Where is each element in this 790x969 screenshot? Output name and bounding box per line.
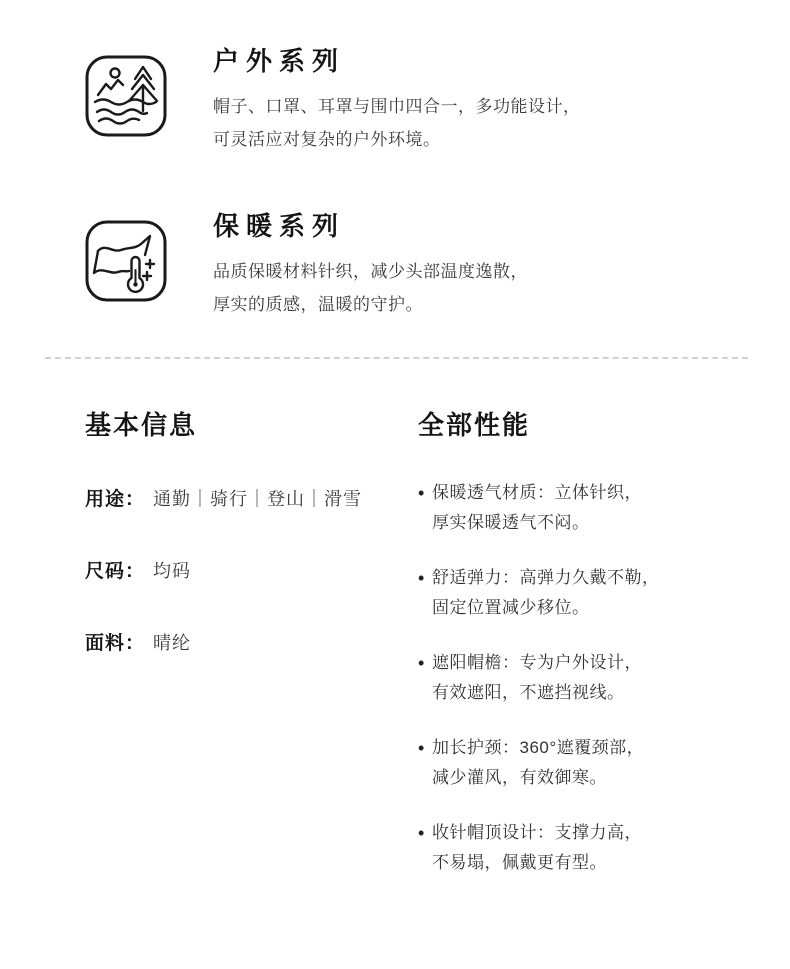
feature-desc-line2: 可灵活应对复杂的户外环境。: [213, 130, 441, 149]
item-line2: 厚实保暖透气不闷。: [432, 513, 590, 532]
info-row-fabric: 面料： 晴纶: [85, 628, 405, 655]
feature-title-outdoor: 户外系列: [213, 46, 581, 76]
item-line2: 有效遮阳，不遮挡视线。: [432, 683, 625, 702]
info-row-size: 尺码： 均码: [85, 556, 405, 583]
performance-item: • 遮阳帽檐：专为户外设计，有效遮阳，不遮挡视线。: [418, 648, 748, 708]
info-label: 尺码：: [85, 556, 145, 583]
item-line1: 舒适弹力：高弹力久戴不勒，: [432, 568, 660, 587]
item-line1: 遮阳帽檐：专为户外设计，: [432, 653, 642, 672]
feature-block-outdoor: 户外系列 帽子、口罩、耳罩与围巾四合一，多功能设计，可灵活应对复杂的户外环境。: [85, 46, 581, 156]
bullet-dot: •: [418, 648, 432, 678]
item-line2: 减少灌风，有效御寒。: [432, 768, 607, 787]
basic-info-title: 基本信息: [85, 410, 405, 440]
feature-title-warmth: 保暖系列: [213, 211, 528, 241]
performance-item-text: 加长护颈：360°遮覆颈部，减少灌风，有效御寒。: [432, 733, 644, 793]
performance-item: • 收针帽顶设计：支撑力高，不易塌，佩戴更有型。: [418, 818, 748, 878]
performance-item: • 舒适弹力：高弹力久戴不勒，固定位置减少移位。: [418, 563, 748, 623]
bullet-dot: •: [418, 818, 432, 848]
info-value: 通勤｜骑行｜登山｜滑雪: [153, 485, 362, 511]
feature-desc-line1: 品质保暖材料针织，减少头部温度逸散，: [213, 262, 528, 281]
info-row-usage: 用途： 通勤｜骑行｜登山｜滑雪: [85, 484, 405, 511]
performance-item: • 加长护颈：360°遮覆颈部，减少灌风，有效御寒。: [418, 733, 748, 793]
warmth-flag-thermometer-icon: [85, 220, 167, 302]
info-label: 用途：: [85, 484, 145, 511]
feature-text-outdoor: 户外系列 帽子、口罩、耳罩与围巾四合一，多功能设计，可灵活应对复杂的户外环境。: [213, 46, 581, 156]
info-value: 晴纶: [153, 629, 191, 655]
performance-item-text: 舒适弹力：高弹力久戴不勒，固定位置减少移位。: [432, 563, 660, 623]
info-label: 面料：: [85, 628, 145, 655]
item-line2: 固定位置减少移位。: [432, 598, 590, 617]
bullet-dot: •: [418, 733, 432, 763]
item-line2: 不易塌，佩戴更有型。: [432, 853, 607, 872]
basic-info-section: 基本信息 用途： 通勤｜骑行｜登山｜滑雪 尺码： 均码 面料： 晴纶: [85, 410, 405, 655]
performance-item: • 保暖透气材质：立体针织，厚实保暖透气不闷。: [418, 478, 748, 538]
feature-text-warmth: 保暖系列 品质保暖材料针织，减少头部温度逸散，厚实的质感，温暖的守护。: [213, 211, 528, 321]
feature-desc-line1: 帽子、口罩、耳罩与围巾四合一，多功能设计，: [213, 97, 581, 116]
performance-list: • 保暖透气材质：立体针织，厚实保暖透气不闷。 • 舒适弹力：高弹力久戴不勒，固…: [418, 478, 748, 878]
performance-title: 全部性能: [418, 410, 748, 440]
info-value: 均码: [153, 557, 191, 583]
item-line1: 保暖透气材质：立体针织，: [432, 483, 642, 502]
item-line1: 加长护颈：360°遮覆颈部，: [432, 738, 644, 757]
item-line1: 收针帽顶设计：支撑力高，: [432, 823, 642, 842]
bullet-dot: •: [418, 563, 432, 593]
performance-section: 全部性能 • 保暖透气材质：立体针织，厚实保暖透气不闷。 • 舒适弹力：高弹力久…: [418, 410, 748, 903]
feature-desc-warmth: 品质保暖材料针织，减少头部温度逸散，厚实的质感，温暖的守护。: [213, 255, 528, 321]
feature-desc-outdoor: 帽子、口罩、耳罩与围巾四合一，多功能设计，可灵活应对复杂的户外环境。: [213, 90, 581, 156]
bullet-dot: •: [418, 478, 432, 508]
performance-item-text: 收针帽顶设计：支撑力高，不易塌，佩戴更有型。: [432, 818, 642, 878]
feature-desc-line2: 厚实的质感，温暖的守护。: [213, 295, 423, 314]
product-detail-page: 户外系列 帽子、口罩、耳罩与围巾四合一，多功能设计，可灵活应对复杂的户外环境。 …: [0, 0, 790, 969]
performance-item-text: 遮阳帽檐：专为户外设计，有效遮阳，不遮挡视线。: [432, 648, 642, 708]
outdoor-scene-icon: [85, 55, 167, 137]
performance-item-text: 保暖透气材质：立体针织，厚实保暖透气不闷。: [432, 478, 642, 538]
feature-block-warmth: 保暖系列 品质保暖材料针织，减少头部温度逸散，厚实的质感，温暖的守护。: [85, 211, 528, 321]
dashed-divider: [45, 357, 748, 359]
